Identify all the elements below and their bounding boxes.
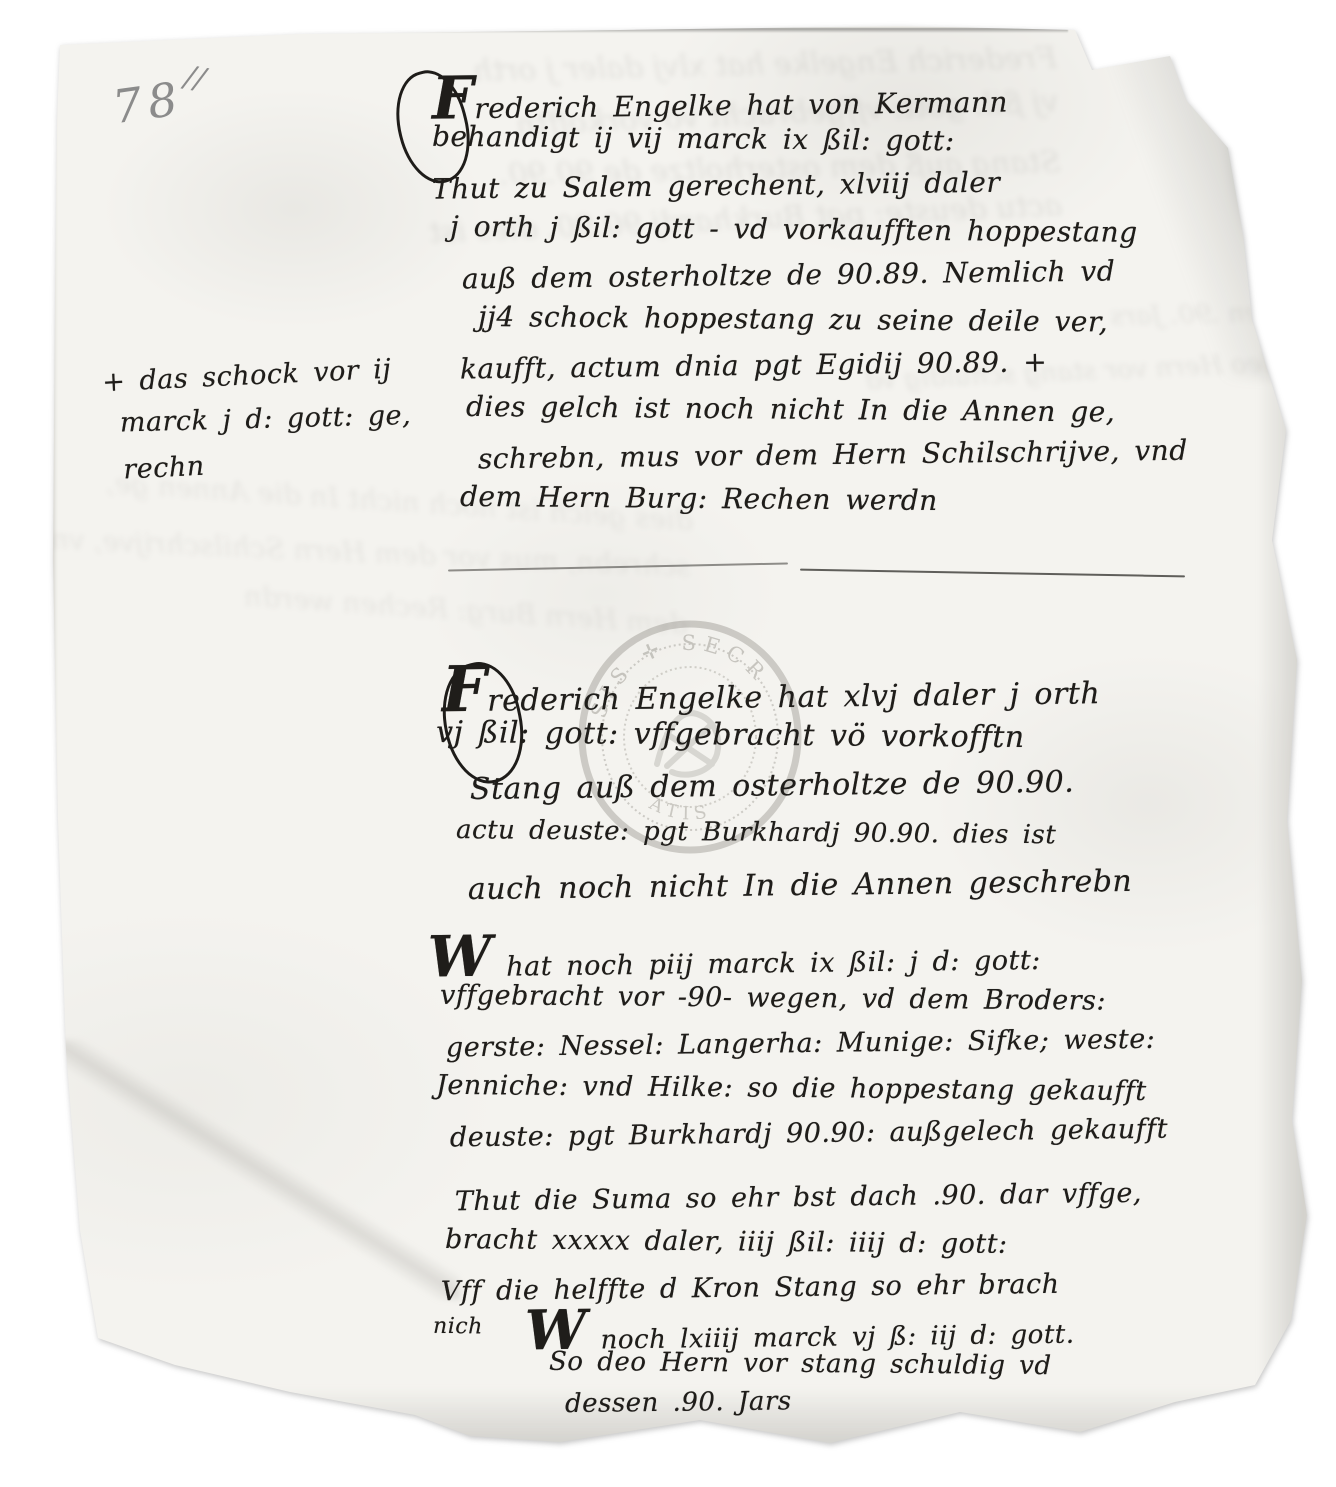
folio-number-value: 78 [109, 71, 186, 134]
entry-2: Frederich Engelke hat xlvj daler j orth … [442, 668, 1132, 918]
text-line: auch noch nicht In die Annen geschrebn [468, 864, 1133, 922]
entry-3: W hat noch piij marck ix ßil: j d: gott:… [428, 938, 1168, 1163]
paper-top-edge [58, 28, 1068, 33]
text-line: dem Hern Burg: Rechen werdn [460, 480, 1188, 531]
text-line: vj ßil: gott: vffgebracht vö vorkofftn [436, 715, 1133, 771]
margin-note: + das schock vor ij marck j d: gott: ge,… [102, 355, 414, 498]
divider-rule [800, 569, 1185, 578]
paper-crease [60, 1040, 460, 1300]
text-line: Jenniche: vnd Hilke: so die hoppestang g… [436, 1070, 1168, 1121]
manuscript-page: Frederich Engelke hat xlvj daler j orth … [0, 0, 1336, 1487]
text-line: gerste: Nessel: Langerha: Munige: Sifke;… [446, 1024, 1169, 1078]
text-line: vffgebracht vor -90- wegen, vd dem Brode… [440, 980, 1168, 1031]
text-line: auß dem osterholtze de 90.89. Nemlich vd [462, 254, 1188, 308]
paper-right-edge-shading [1235, 340, 1310, 1400]
text-line: deuste: pgt Burkhardj 90.90: außgelech g… [450, 1114, 1169, 1168]
text-line: Frederich Engelke hat xlvj daler j orth [442, 664, 1133, 722]
text-line: So deo Hern vor stang schuldig vd [549, 1347, 1075, 1389]
text-line: dessen .90. Jars [565, 1383, 1075, 1426]
entry-5-closing: W noch lxiiij marck vj ß: iij d: gott. S… [525, 1312, 1074, 1423]
text-line: Thut die Suma so ehr bst dach .90. dar v… [455, 1178, 1143, 1231]
text-line: schrebn, mus vor dem Hern Schilschrijve,… [478, 434, 1188, 488]
paper-left-edge-shading [52, 40, 57, 1340]
text-line: Thut zu Salem gerechent, xlviij daler [432, 163, 1188, 217]
text-line: W noch lxiiij marck vj ß: iij d: gott. [525, 1309, 1075, 1353]
text-line: j orth j ßil: gott - vd vorkaufften hopp… [450, 210, 1188, 261]
text-line: Stang auß dem osterholtze de 90.90. [470, 764, 1133, 822]
text-line: behandigt ij vij marck ix ßil: gott: [432, 120, 1188, 172]
text-line: W hat noch piij marck ix ßil: j d: gott: [428, 933, 1169, 987]
text-line: dies gelch ist noch nicht In die Annen g… [466, 390, 1188, 441]
text-line: Frederich Engelke hat von Kermann [432, 73, 1188, 127]
folio-mark: // [181, 59, 207, 97]
text-line: actu deuste: pgt Burkhardj 90.90. dies i… [456, 815, 1133, 871]
paper-shadow: Frederich Engelke hat xlvj daler j orth … [0, 0, 1336, 1487]
text-line: bracht xxxxx daler, iiij ßil: iiij d: go… [445, 1224, 1142, 1275]
scanned-manuscript: Frederich Engelke hat xlvj daler j orth … [0, 0, 1336, 1487]
entry-1: Frederich Engelke hat von Kermann behand… [432, 78, 1188, 528]
text-line: kaufft, actum dnia pgt Egidij 90.89. + [460, 344, 1188, 398]
folio-number: 78// [108, 60, 210, 135]
text-line: jj4 schock hoppestang zu seine deile ver… [478, 300, 1188, 351]
